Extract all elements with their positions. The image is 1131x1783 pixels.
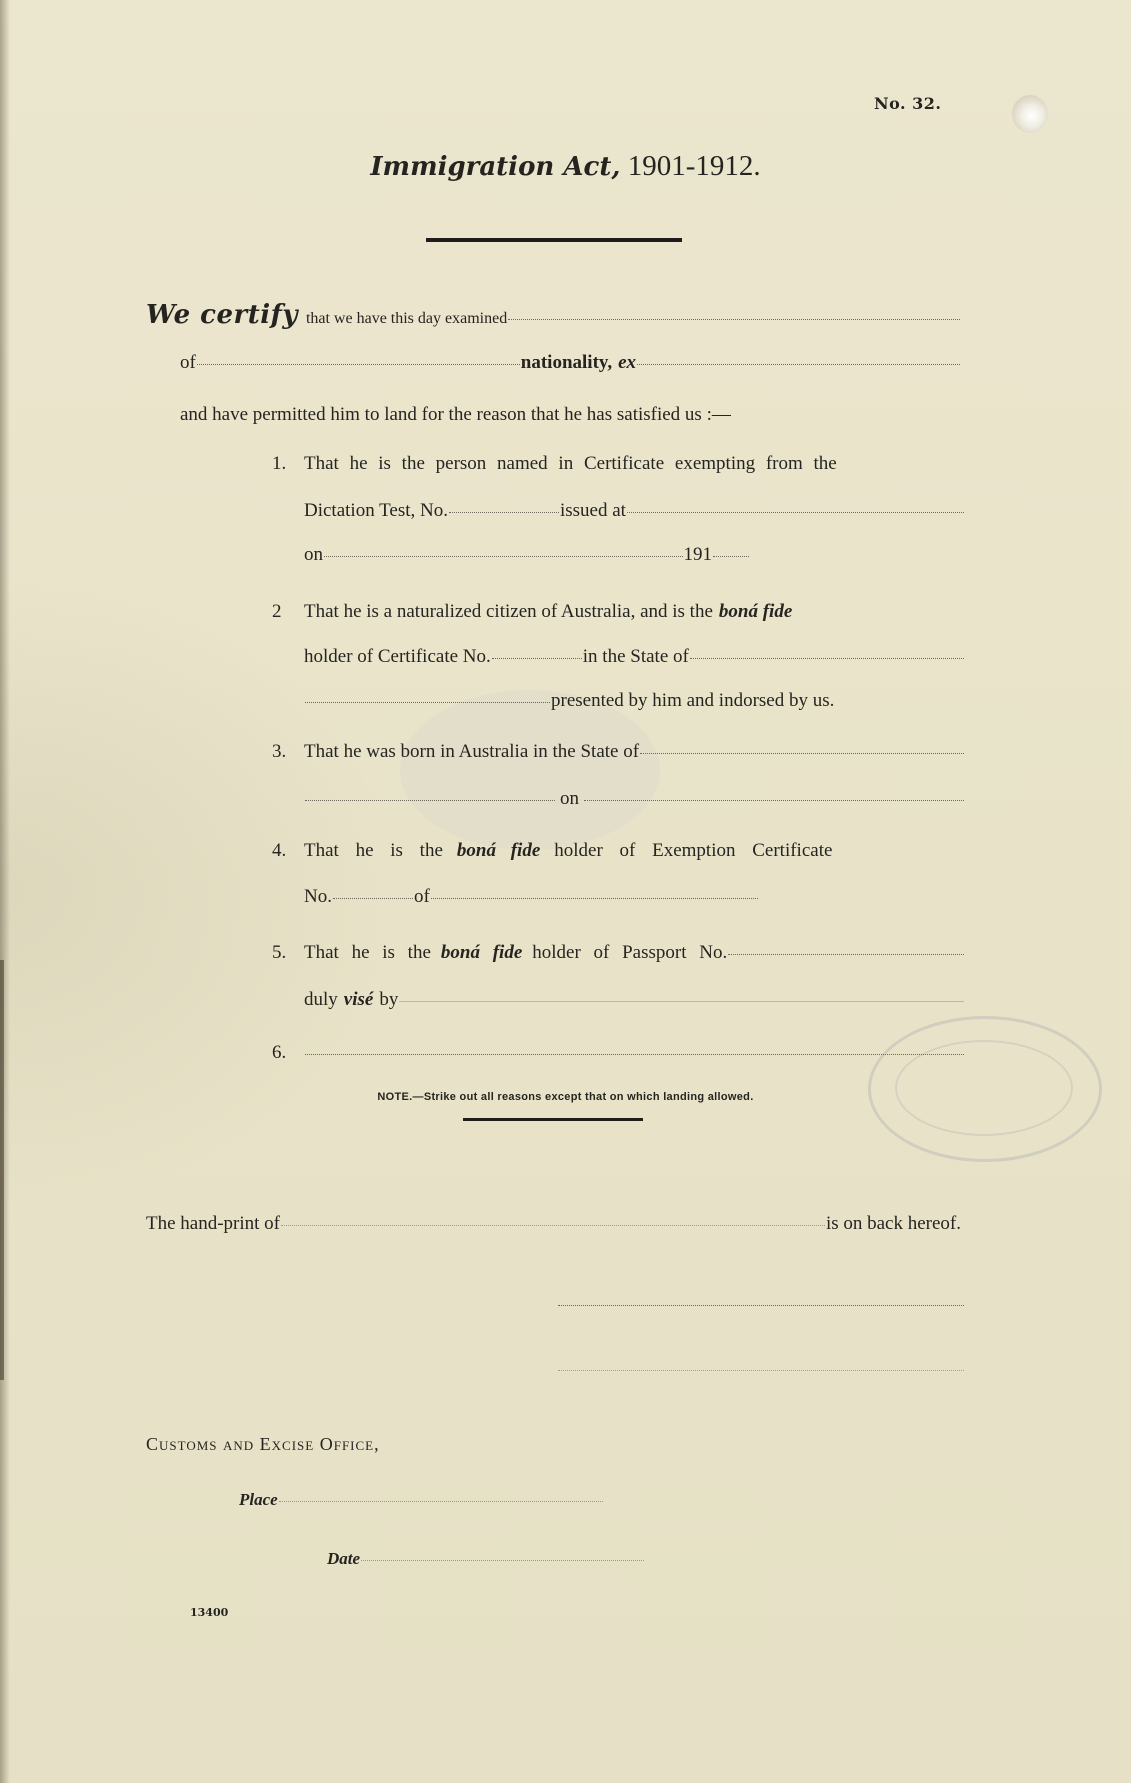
reason-3-text: That he was born in Australia in the Sta… (304, 741, 639, 763)
passport-number-field[interactable] (728, 954, 964, 955)
permitted-text: and have permitted him to land for the r… (180, 404, 731, 426)
duly-label: duly (304, 989, 338, 1011)
vise-label: visé (344, 989, 374, 1011)
place-line: Place (239, 1490, 604, 1510)
strike-out-note: NOTE.—Strike out all reasons except that… (0, 1091, 1131, 1103)
reason-1-number: 1. (272, 453, 304, 475)
ex-label: ex (618, 352, 636, 374)
signature-line-2[interactable] (558, 1370, 964, 1371)
reason-2-line-1: 2 That he is a naturalized citizen of Au… (272, 601, 965, 623)
form-number: No. 32. (874, 94, 942, 113)
certificate-no-label: holder of Certificate No. (304, 646, 491, 668)
reason-5-number: 5. (272, 942, 304, 964)
reason-6-line: 6. (272, 1042, 965, 1064)
title-divider (426, 238, 682, 242)
origin-field[interactable] (197, 364, 520, 365)
state-field[interactable] (690, 658, 964, 659)
on-label: on (304, 544, 323, 566)
reason-3-line-1: 3. That he was born in Australia in the … (272, 741, 965, 763)
state-of-label: in the State of (583, 646, 689, 668)
printer-code: 13400 (190, 1606, 228, 1619)
by-label: by (379, 989, 398, 1011)
paper-damage-spot (1012, 95, 1048, 133)
handprint-line: The hand-print of is on back hereof. (146, 1213, 961, 1235)
of-label: of (180, 352, 196, 374)
certify-text: that we have this day examined (306, 310, 507, 328)
reason-3-number: 3. (272, 741, 304, 763)
certify-lead: We certify (146, 300, 298, 330)
reason-1-text: That he is the person named in Certifica… (304, 453, 837, 475)
exemption-origin-field[interactable] (431, 898, 758, 899)
bona-fide-text: boná fide (457, 840, 540, 862)
presented-text: presented by him and indorsed by us. (551, 690, 834, 712)
reason-3-line-2: on (304, 788, 965, 810)
birth-date-field[interactable] (584, 800, 964, 801)
issued-at-label: issued at (560, 500, 626, 522)
date-line: Date (327, 1549, 645, 1569)
reason-2-text: That he is a naturalized citizen of Aust… (304, 601, 713, 623)
place-label: Place (239, 1490, 278, 1510)
reason-4-text: That he is the (304, 840, 443, 862)
vise-authority-field[interactable] (399, 1001, 964, 1002)
born-on-label: on (560, 788, 579, 810)
nationality-line: of nationality, ex (180, 352, 961, 374)
reason-4-line-2: No. of (304, 886, 759, 908)
title-years: 1901-1912. (628, 150, 761, 182)
bleed-through-mark (400, 690, 660, 850)
exemption-of-label: of (414, 886, 430, 908)
signature-line-1[interactable] (558, 1305, 964, 1306)
reason-2-line-3: presented by him and indorsed by us. (304, 690, 965, 712)
birth-place-field[interactable] (305, 800, 555, 801)
other-reason-field[interactable] (305, 1054, 964, 1055)
bona-fide-text: boná fide (441, 942, 522, 964)
handprint-prefix: The hand-print of (146, 1213, 280, 1235)
bona-fide-text: boná fide (719, 601, 792, 623)
nationality-label: nationality, (521, 352, 612, 374)
reason-5-line-2: duly visé by (304, 989, 965, 1011)
place-field[interactable] (279, 1501, 603, 1502)
certificate-number-field[interactable] (492, 658, 582, 659)
note-divider (463, 1118, 643, 1121)
reason-5-line-1: 5. That he is the boná fide holder of Pa… (272, 942, 965, 964)
reason-1-line-2: Dictation Test, No. issued at (304, 500, 965, 522)
issued-at-field[interactable] (627, 512, 964, 513)
birth-state-field[interactable] (640, 753, 964, 754)
certify-line: We certify that we have this day examine… (146, 300, 961, 330)
dictation-test-label: Dictation Test, No. (304, 500, 448, 522)
date-label: Date (327, 1549, 360, 1569)
reason-5-text: That he is the (304, 942, 431, 964)
reason-4-number: 4. (272, 840, 304, 862)
reason-2-line-2: holder of Certificate No. in the State o… (304, 646, 965, 668)
reason-4-line-1: 4. That he is the boná fide holder of Ex… (272, 840, 965, 862)
page-title: Immigration Act, 1901-1912. (0, 150, 1131, 183)
year-suffix-field[interactable] (713, 556, 749, 557)
reason-1-line-1: 1. That he is the person named in Certif… (272, 453, 965, 475)
date-field[interactable] (361, 1560, 644, 1561)
exemption-number-field[interactable] (333, 898, 413, 899)
title-act-name: Immigration Act, (370, 152, 620, 182)
issued-date-field[interactable] (324, 556, 683, 557)
passport-no-label: holder of Passport No. (532, 942, 727, 964)
page-edge-dark (0, 960, 4, 1380)
exemption-no-label: No. (304, 886, 332, 908)
reason-1-line-3: on 191 (304, 544, 750, 566)
year-prefix-label: 191 (684, 544, 713, 566)
dictation-test-number-field[interactable] (449, 512, 559, 513)
reason-2-number: 2 (272, 601, 304, 623)
customs-office-heading: Customs and Excise Office, (146, 1434, 380, 1455)
handprint-suffix: is on back hereof. (826, 1213, 961, 1235)
examined-name-field[interactable] (508, 319, 960, 320)
exemption-certificate-text: holder of Exemption Certificate (554, 840, 832, 862)
handprint-name-field[interactable] (281, 1225, 825, 1226)
permitted-line: and have permitted him to land for the r… (180, 404, 731, 426)
ship-field[interactable] (637, 364, 960, 365)
reason-6-number: 6. (272, 1042, 304, 1064)
state-continuation-field[interactable] (305, 702, 550, 703)
page-edge-shadow (0, 0, 10, 1783)
